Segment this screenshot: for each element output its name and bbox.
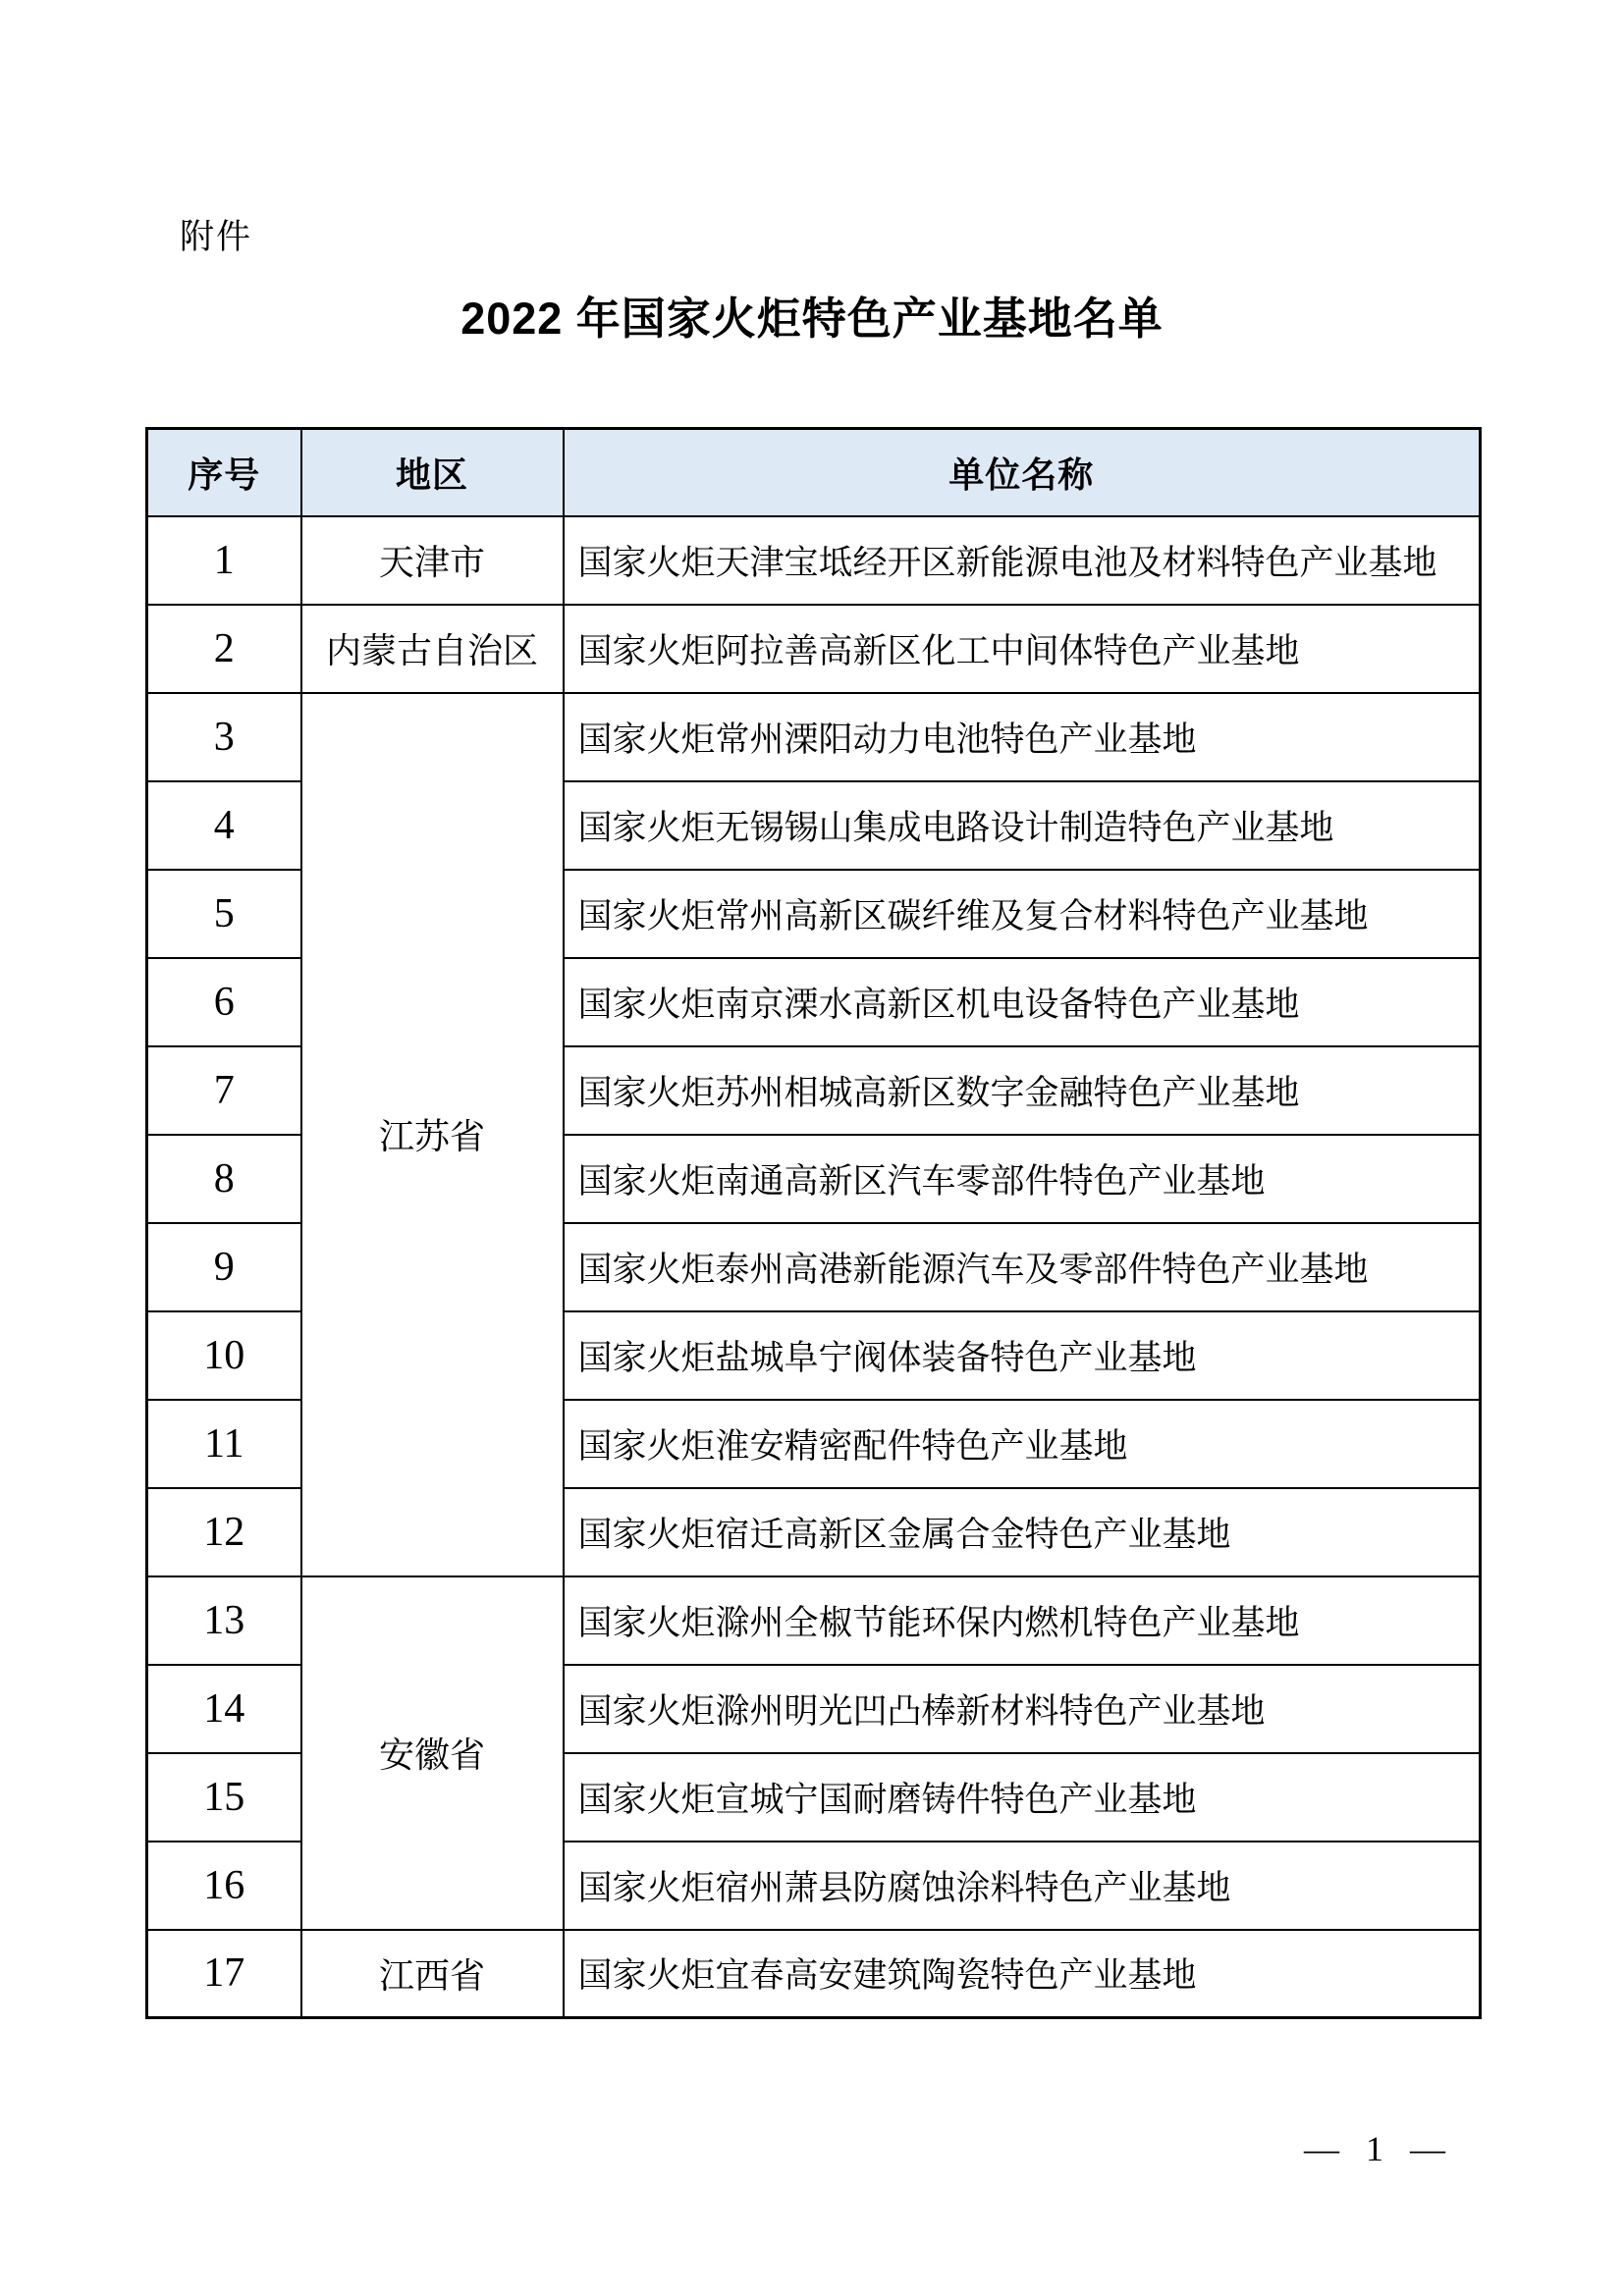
row-index-cell: 16 xyxy=(147,1842,301,1930)
header-index: 序号 xyxy=(147,429,301,516)
unit-cell: 国家火炬宜春高安建筑陶瓷特色产业基地 xyxy=(564,1930,1481,2018)
table-row: 17 江西省 国家火炬宜春高安建筑陶瓷特色产业基地 xyxy=(147,1930,1481,2018)
row-index-cell: 5 xyxy=(147,870,301,958)
unit-cell: 国家火炬南通高新区汽车零部件特色产业基地 xyxy=(564,1135,1481,1223)
unit-cell: 国家火炬滁州全椒节能环保内燃机特色产业基地 xyxy=(564,1576,1481,1665)
unit-cell: 国家火炬阿拉善高新区化工中间体特色产业基地 xyxy=(564,605,1481,693)
region-cell-anhui: 安徽省 xyxy=(301,1576,564,1930)
header-row: 序号 地区 单位名称 xyxy=(147,429,1481,516)
unit-cell: 国家火炬盐城阜宁阀体装备特色产业基地 xyxy=(564,1311,1481,1400)
row-index-cell: 4 xyxy=(147,781,301,870)
row-index-cell: 2 xyxy=(147,605,301,693)
region-cell-jiangxi: 江西省 xyxy=(301,1930,564,2018)
row-index-cell: 14 xyxy=(147,1665,301,1753)
row-index-cell: 9 xyxy=(147,1223,301,1311)
row-index-cell: 13 xyxy=(147,1576,301,1665)
table-row: 1 天津市 国家火炬天津宝坻经开区新能源电池及材料特色产业基地 xyxy=(147,516,1481,605)
page-number: — 1 — xyxy=(1304,2128,1445,2169)
unit-cell: 国家火炬南京溧水高新区机电设备特色产业基地 xyxy=(564,958,1481,1046)
unit-cell: 国家火炬苏州相城高新区数字金融特色产业基地 xyxy=(564,1046,1481,1135)
unit-cell: 国家火炬泰州高港新能源汽车及零部件特色产业基地 xyxy=(564,1223,1481,1311)
row-index-cell: 8 xyxy=(147,1135,301,1223)
region-cell-jiangsu: 江苏省 xyxy=(301,693,564,1576)
bases-table: 序号 地区 单位名称 1 天津市 国家火炬天津宝坻经开区新能源电池及材料特色产业… xyxy=(145,427,1482,2019)
row-index-cell: 1 xyxy=(147,516,301,605)
unit-cell: 国家火炬常州溧阳动力电池特色产业基地 xyxy=(564,693,1481,781)
row-index-cell: 10 xyxy=(147,1311,301,1400)
header-unit: 单位名称 xyxy=(564,429,1481,516)
page-title: 2022 年国家火炬特色产业基地名单 xyxy=(0,283,1624,347)
unit-cell: 国家火炬宿州萧县防腐蚀涂料特色产业基地 xyxy=(564,1842,1481,1930)
row-index-cell: 6 xyxy=(147,958,301,1046)
unit-cell: 国家火炬滁州明光凹凸棒新材料特色产业基地 xyxy=(564,1665,1481,1753)
attachment-label: 附件 xyxy=(180,210,252,259)
header-region: 地区 xyxy=(301,429,564,516)
document-page: 附件 2022 年国家火炬特色产业基地名单 序号 地区 单位名称 1 天津市 国… xyxy=(0,0,1624,2296)
table-row: 3 江苏省 国家火炬常州溧阳动力电池特色产业基地 xyxy=(147,693,1481,781)
unit-cell: 国家火炬淮安精密配件特色产业基地 xyxy=(564,1400,1481,1488)
unit-cell: 国家火炬宣城宁国耐磨铸件特色产业基地 xyxy=(564,1753,1481,1842)
unit-cell: 国家火炬无锡锡山集成电路设计制造特色产业基地 xyxy=(564,781,1481,870)
row-index-cell: 11 xyxy=(147,1400,301,1488)
row-index-cell: 15 xyxy=(147,1753,301,1842)
unit-cell: 国家火炬天津宝坻经开区新能源电池及材料特色产业基地 xyxy=(564,516,1481,605)
table-row: 2 内蒙古自治区 国家火炬阿拉善高新区化工中间体特色产业基地 xyxy=(147,605,1481,693)
table-row: 13 安徽省 国家火炬滁州全椒节能环保内燃机特色产业基地 xyxy=(147,1576,1481,1665)
row-index-cell: 17 xyxy=(147,1930,301,2018)
unit-cell: 国家火炬常州高新区碳纤维及复合材料特色产业基地 xyxy=(564,870,1481,958)
unit-cell: 国家火炬宿迁高新区金属合金特色产业基地 xyxy=(564,1488,1481,1576)
row-index-cell: 12 xyxy=(147,1488,301,1576)
row-index-cell: 7 xyxy=(147,1046,301,1135)
row-index-cell: 3 xyxy=(147,693,301,781)
region-cell: 天津市 xyxy=(301,516,564,605)
region-cell: 内蒙古自治区 xyxy=(301,605,564,693)
